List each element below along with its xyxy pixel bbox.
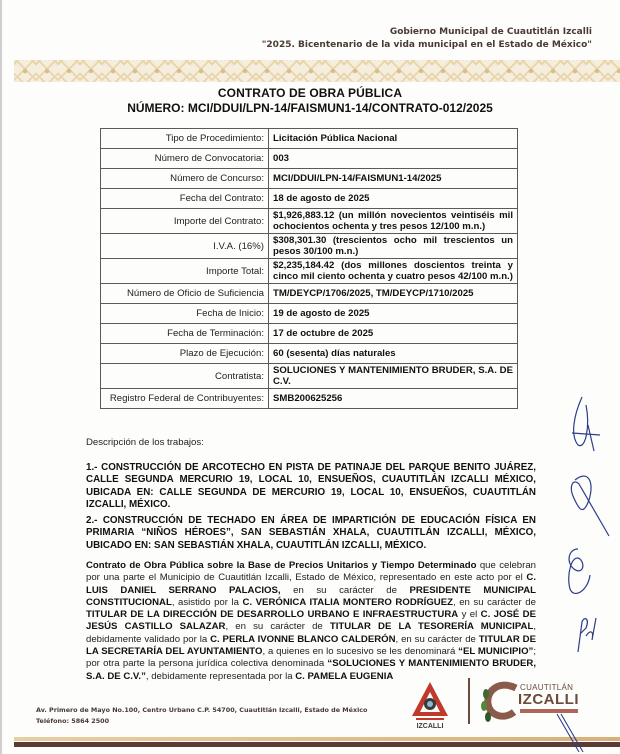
- info-label: Número de Concurso:: [101, 169, 269, 189]
- government-name: Gobierno Municipal de Cuautitlán Izcalli: [262, 26, 592, 39]
- info-table-row: Número de Oficio de SuficienciaTM/DEYCP/…: [101, 284, 518, 304]
- info-value: 17 de octubre de 2025: [269, 324, 518, 344]
- paragraph-bold-segment: C. PERLA IVONNE BLANCO CALDERÓN: [210, 634, 395, 645]
- info-label: Tipo de Procedimiento:: [101, 129, 269, 149]
- municipal-seal-logo: IZCALLI: [410, 680, 450, 730]
- info-table-row: I.V.A. (16%)$308,301.30 (trescientos och…: [101, 234, 518, 259]
- info-table-row: Importe del Contrato:$1,926,883.12 (un m…: [101, 209, 518, 234]
- info-label: I.V.A. (16%): [101, 234, 269, 259]
- government-header: Gobierno Municipal de Cuautitlán Izcalli…: [262, 26, 592, 52]
- paragraph-segment: en su carácter de: [281, 585, 410, 596]
- info-label: Importe Total:: [101, 259, 269, 284]
- footer-gold-stripe: [14, 737, 620, 741]
- info-label: Contratista:: [101, 364, 269, 389]
- info-label: Plazo de Ejecución:: [101, 344, 269, 364]
- triangle-emblem-icon: IZCALLI: [410, 680, 450, 730]
- decorative-pattern-band: [14, 60, 620, 82]
- paragraph-segment: , en su carácter de: [453, 597, 536, 608]
- paragraph-segment: y el: [458, 609, 480, 620]
- info-table-row: Número de Concurso:MCI/DDUI/LPN-14/FAISM…: [101, 169, 518, 189]
- info-value: TM/DEYCP/1706/2025, TM/DEYCP/1710/2025: [269, 284, 518, 304]
- footer-brown-stripe: [14, 742, 620, 747]
- logo-text-izcalli: IZCALLI: [518, 691, 579, 708]
- info-label: Registro Federal de Contribuyentes:: [101, 389, 269, 409]
- paragraph-bold-segment: TITULAR DE LA DIRECCIÓN DE DESARROLLO UR…: [86, 609, 458, 620]
- paragraph-bold-segment: TITULAR DE LA TESORERÍA MUNICIPAL: [330, 621, 533, 632]
- info-table-row: Fecha del Contrato:18 de agosto de 2025: [101, 189, 518, 209]
- info-label: Número de Convocatoria:: [101, 149, 269, 169]
- contract-preamble-paragraph: Contrato de Obra Pública sobre la Base d…: [86, 560, 536, 683]
- signature-mark-3: [560, 545, 600, 600]
- info-value: SOLUCIONES Y MANTENIMIENTO BRUDER, S.A. …: [269, 364, 518, 389]
- info-label: Importe del Contrato:: [101, 209, 269, 234]
- paragraph-segment: , debidamente representada por la: [146, 671, 295, 682]
- logo-divider: [468, 678, 470, 724]
- info-table-row: Plazo de Ejecución:60 (sesenta) días nat…: [101, 344, 518, 364]
- footer-address: Av. Primero de Mayo No.100, Centro Urban…: [36, 705, 367, 716]
- footer-phone: Teléfono: 5864 2500: [36, 716, 367, 727]
- work-item-1: 1.- CONSTRUCCIÓN DE ARCOTECHO EN PISTA D…: [86, 462, 536, 511]
- paragraph-segment: , a quienes en lo sucesivo se les denomi…: [262, 646, 458, 657]
- info-value: 003: [269, 149, 518, 169]
- signature-mark-5: [555, 712, 595, 754]
- footer-address-block: Av. Primero de Mayo No.100, Centro Urban…: [36, 705, 367, 727]
- info-label: Fecha de Terminación:: [101, 324, 269, 344]
- svg-text:IZCALLI: IZCALLI: [417, 723, 444, 730]
- paragraph-segment: , en su carácter de: [396, 634, 479, 645]
- info-value: $1,926,883.12 (un millón novecientos vei…: [269, 209, 518, 234]
- info-label: Número de Oficio de Suficiencia: [101, 284, 269, 304]
- leaf-hands-icon: [480, 680, 520, 726]
- paragraph-bold-segment: C. PAMELA EUGENIA: [295, 671, 393, 682]
- info-value: $2,235,184.42 (dos millones doscientos t…: [269, 259, 518, 284]
- info-value: MCI/DDUI/LPN-14/FAISMUN1-14/2025: [269, 169, 518, 189]
- info-table-row: Contratista:SOLUCIONES Y MANTENIMIENTO B…: [101, 364, 518, 389]
- contract-info-table: Tipo de Procedimiento:Licitación Pública…: [100, 128, 518, 409]
- info-table-row: Fecha de Terminación:17 de octubre de 20…: [101, 324, 518, 344]
- info-value: 19 de agosto de 2025: [269, 304, 518, 324]
- info-label: Fecha del Contrato:: [101, 189, 269, 209]
- info-table-row: Número de Convocatoria:003: [101, 149, 518, 169]
- info-table-row: Registro Federal de Contribuyentes:SMB20…: [101, 389, 518, 409]
- signature-mark-1: [560, 395, 610, 455]
- info-value: 18 de agosto de 2025: [269, 189, 518, 209]
- document-title: CONTRATO DE OBRA PÚBLICA: [0, 86, 620, 100]
- paragraph-bold-segment: “EL MUNICIPIO”: [458, 646, 533, 657]
- paragraph-segment: , en su carácter de: [226, 621, 330, 632]
- contract-number: NÚMERO: MCI/DDUI/LPN-14/FAISMUN1-14/CONT…: [0, 101, 620, 115]
- work-item-2: 2.- CONSTRUCCIÓN DE TECHADO EN ÁREA DE I…: [86, 515, 536, 552]
- info-table-row: Fecha de Inicio:19 de agosto de 2025: [101, 304, 518, 324]
- paragraph-bold-segment: Contrato de Obra Pública sobre la Base d…: [86, 560, 476, 571]
- info-value: 60 (sesenta) días naturales: [269, 344, 518, 364]
- government-motto: "2025. Bicentenario de la vida municipal…: [262, 39, 592, 52]
- info-value: SMB200625256: [269, 389, 518, 409]
- paragraph-bold-segment: C. VERÓNICA ITALIA MONTERO RODRÍGUEZ: [243, 597, 453, 608]
- works-description-label: Descripción de los trabajos:: [86, 437, 204, 448]
- signature-mark-4: [570, 612, 600, 657]
- info-value: Licitación Pública Nacional: [269, 129, 518, 149]
- info-label: Fecha de Inicio:: [101, 304, 269, 324]
- paragraph-segment: , asistido por la: [172, 597, 243, 608]
- info-table-row: Tipo de Procedimiento:Licitación Pública…: [101, 129, 518, 149]
- signature-mark-2: [565, 470, 615, 540]
- info-value: $308,301.30 (trescientos ocho mil tresci…: [269, 234, 518, 259]
- info-table-row: Importe Total:$2,235,184.42 (dos millone…: [101, 259, 518, 284]
